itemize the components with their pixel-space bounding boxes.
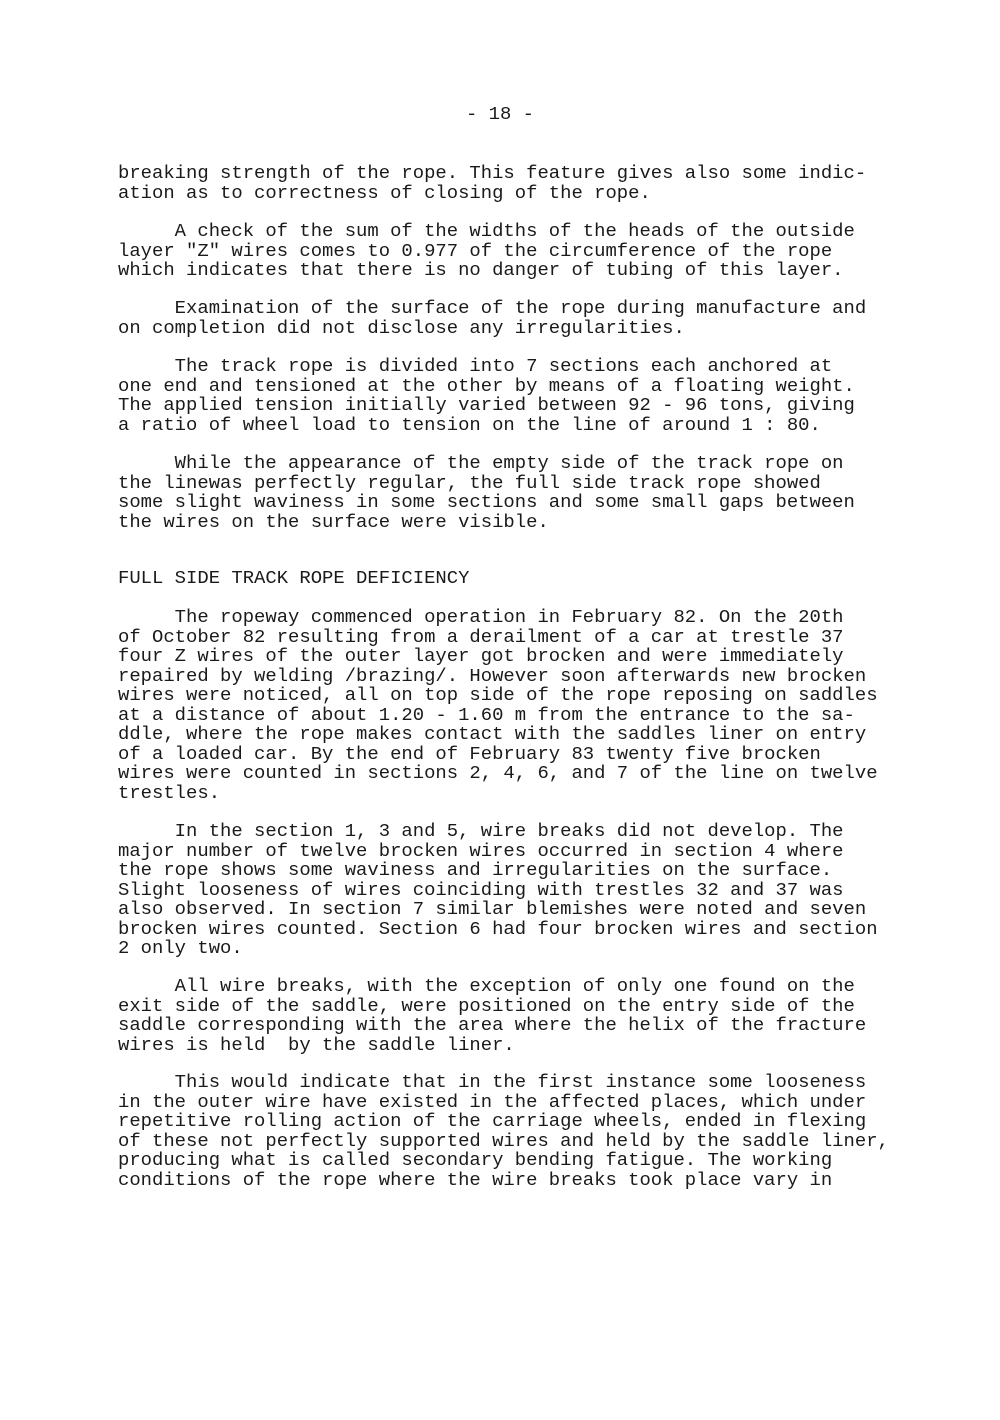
paragraph-1: breaking strength of the rope. This feat… xyxy=(118,164,866,203)
text-line: also observed. In section 7 similar blem… xyxy=(118,900,878,920)
text-line: This would indicate that in the first in… xyxy=(118,1073,889,1093)
text-line: The ropeway commenced operation in Febru… xyxy=(118,608,878,628)
text-line: trestles. xyxy=(118,784,878,804)
text-line: producing what is called secondary bendi… xyxy=(118,1151,889,1171)
paragraph-5: While the appearance of the empty side o… xyxy=(118,454,855,532)
text-line: a ratio of wheel load to tension on the … xyxy=(118,416,855,436)
text-line: In the section 1, 3 and 5, wire breaks d… xyxy=(118,822,878,842)
text-line: breaking strength of the rope. This feat… xyxy=(118,164,866,184)
text-line: The track rope is divided into 7 section… xyxy=(118,357,855,377)
text-line: While the appearance of the empty side o… xyxy=(118,454,855,474)
text-line: The applied tension initially varied bet… xyxy=(118,396,855,416)
paragraph-4: The track rope is divided into 7 section… xyxy=(118,357,855,435)
paragraph-7: In the section 1, 3 and 5, wire breaks d… xyxy=(118,822,878,959)
paragraph-9: This would indicate that in the first in… xyxy=(118,1073,889,1190)
text-line: ddle, where the rope makes contact with … xyxy=(118,725,878,745)
text-line: A check of the sum of the widths of the … xyxy=(118,222,855,242)
text-line: the rope shows some waviness and irregul… xyxy=(118,861,878,881)
text-line: wires were noticed, all on top side of t… xyxy=(118,686,878,706)
text-line: four Z wires of the outer layer got broc… xyxy=(118,647,878,667)
text-line: the wires on the surface were visible. xyxy=(118,513,855,533)
text-line: on completion did not disclose any irreg… xyxy=(118,319,866,339)
section-heading: FULL SIDE TRACK ROPE DEFICIENCY xyxy=(118,569,469,589)
paragraph-8: All wire breaks, with the exception of o… xyxy=(118,977,866,1055)
text-line: wires is held by the saddle liner. xyxy=(118,1036,866,1056)
text-line: which indicates that there is no danger … xyxy=(118,261,855,281)
paragraph-2: A check of the sum of the widths of the … xyxy=(118,222,855,281)
paragraph-3: Examination of the surface of the rope d… xyxy=(118,299,866,338)
text-line: All wire breaks, with the exception of o… xyxy=(118,977,866,997)
text-line: conditions of the rope where the wire br… xyxy=(118,1171,889,1191)
text-line: repetitive rolling action of the carriag… xyxy=(118,1112,889,1132)
text-line: wires were counted in sections 2, 4, 6, … xyxy=(118,764,878,784)
text-line: ation as to correctness of closing of th… xyxy=(118,184,866,204)
text-line: saddle corresponding with the area where… xyxy=(118,1016,866,1036)
text-line: 2 only two. xyxy=(118,939,878,959)
text-line: Examination of the surface of the rope d… xyxy=(118,299,866,319)
text-line: some slight waviness in some sections an… xyxy=(118,493,855,513)
paragraph-6: The ropeway commenced operation in Febru… xyxy=(118,608,878,803)
page-number: - 18 - xyxy=(0,103,1000,125)
